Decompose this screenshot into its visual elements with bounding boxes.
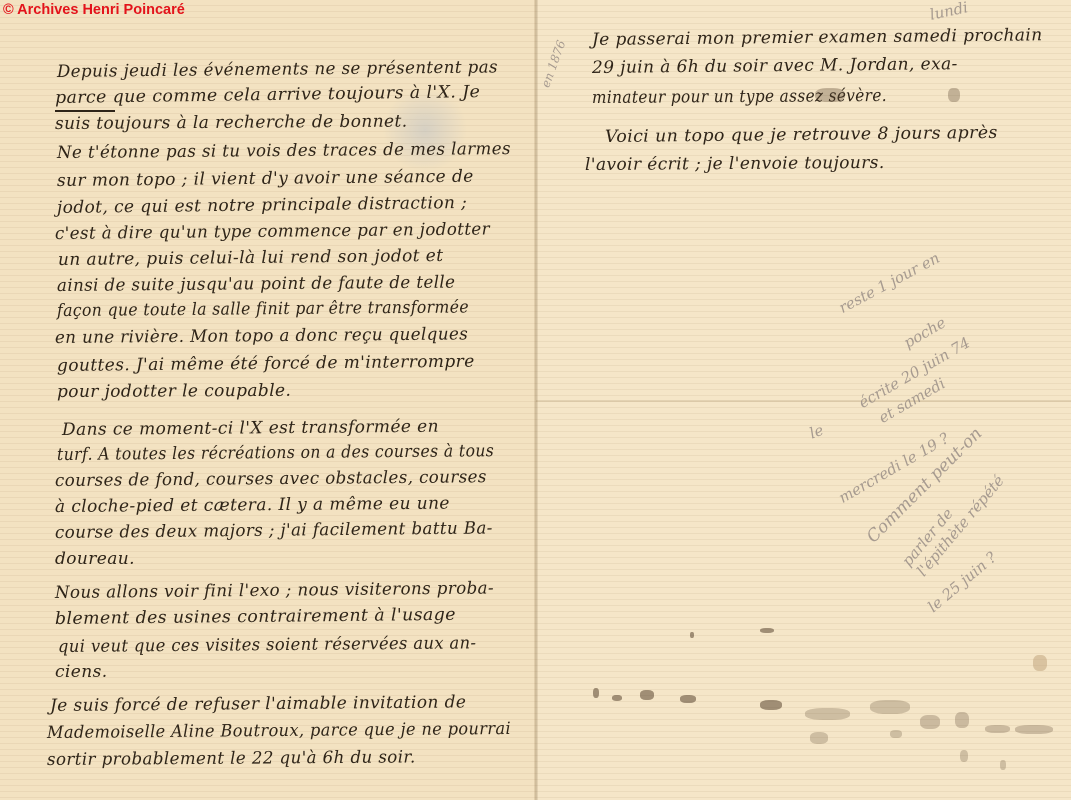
handwritten-line: blement des usines contrairement à l'usa… [55,605,456,629]
underline [55,110,115,112]
ink-blot [612,695,622,701]
handwritten-line: ainsi de suite jusqu'au point de faute d… [57,273,456,296]
ink-blot [810,732,828,744]
ink-blot [960,750,968,762]
handwritten-line: qui veut que ces visites soient réservée… [58,633,477,657]
horizontal-fold [536,400,1071,402]
handwritten-line: Voici un topo que je retrouve 8 jours ap… [605,123,998,147]
handwritten-line: l'avoir écrit ; je l'envoie toujours. [585,153,885,175]
ink-blot [805,708,850,720]
ink-blot [890,730,902,738]
handwritten-line: turf. A toutes les récréations on a des … [57,441,494,465]
handwritten-line: à cloche-pied et cætera. Il y a même eu … [55,494,450,517]
handwritten-line: Dans ce moment-ci l'X est transformée en [62,417,439,440]
ink-blot [920,715,940,729]
ink-blot [815,88,845,102]
handwritten-line: 29 juin à 6h du soir avec M. Jordan, exa… [592,54,958,78]
handwritten-line: pour jodotter le coupable. [57,381,291,402]
ink-blot [1033,655,1047,671]
handwritten-line: un autre, puis celui-là lui rend son jod… [58,246,444,270]
ink-blot [870,700,910,714]
handwritten-line: Ne t'étonne pas si tu vois des traces de… [57,139,511,163]
ink-blot [955,712,969,728]
ink-blot [680,695,696,703]
handwritten-line: façon que toute la salle finit par être … [57,297,469,321]
ink-blot [690,632,694,638]
copyright-watermark: © Archives Henri Poincaré [3,2,185,18]
ink-blot [985,725,1010,733]
handwritten-line: suis toujours à la recherche de bonnet. [55,112,408,134]
handwritten-line: doureau. [55,549,135,569]
handwritten-line: sortir probablement le 22 qu'à 6h du soi… [47,747,416,770]
handwritten-line: en une rivière. Mon topo a donc reçu que… [55,324,468,348]
ink-blot [640,690,654,700]
handwritten-line: courses de fond, courses avec obstacles,… [55,467,487,491]
ink-blot [760,628,774,633]
handwritten-line: ciens. [55,662,108,682]
ink-blot [1015,725,1053,734]
ink-blot [1000,760,1006,770]
handwritten-line: Je suis forcé de refuser l'aimable invit… [50,692,467,716]
ink-blot [948,88,960,102]
handwritten-line: Mademoiselle Aline Boutroux, parce que j… [47,719,511,743]
ink-blot [593,688,599,698]
ink-blot [760,700,782,710]
